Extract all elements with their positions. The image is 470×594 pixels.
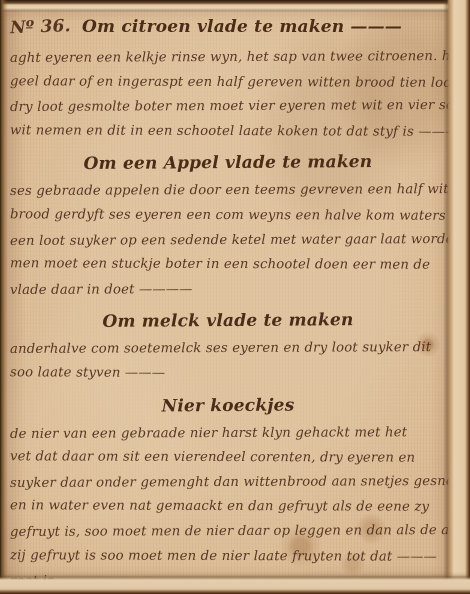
recipe-title-citroen-vlade: Om citroen vlade te maken ——— (82, 14, 402, 40)
manuscript-line: en in water even nat gemaackt en dan gef… (10, 495, 446, 521)
page-edge-left (0, 0, 8, 594)
manuscript-page: Nº 36. Om citroen vlade te maken ——— agh… (10, 12, 446, 594)
manuscript-line: een loot suyker op een sedende ketel met… (10, 228, 446, 254)
manuscript-line: soo laate styven ——— (10, 361, 446, 387)
manuscript-line: vet dat daar om sit een vierendeel coren… (10, 445, 446, 471)
manuscript-line: gefruyt is, soo moet men de nier daar op… (10, 519, 446, 545)
page-edge-bottom (0, 572, 470, 594)
recipe-title-nier-koeckjes: Nier koeckjes (10, 391, 446, 420)
manuscript-line: dry loot gesmolte boter men moet vier ey… (10, 94, 446, 120)
manuscript-line: suyker daar onder gemenght dan wittenbro… (10, 470, 446, 496)
page-edge-right (443, 0, 470, 594)
manuscript-line: aght eyeren een kelkje rinse wyn, het sa… (10, 45, 446, 71)
manuscript-photo: Nº 36. Om citroen vlade te maken ——— agh… (0, 0, 470, 594)
page-edge-top (0, 0, 470, 12)
recipe-citroen-vlade: aght eyeren een kelkje rinse wyn, het sa… (10, 46, 446, 144)
manuscript-line: anderhalve com soetemelck ses eyeren en … (10, 336, 446, 362)
recipe-melck-vlade: anderhalve com soetemelck ses eyeren en … (10, 337, 446, 386)
manuscript-line: zij gefruyt is soo moet men de nier laat… (10, 544, 446, 570)
recipe-title-melck-vlade: Om melck vlade te maken (10, 307, 446, 336)
manuscript-line: ses gebraade appelen die door een teems … (10, 178, 446, 204)
manuscript-line: wit nemen en dit in een schootel laate k… (10, 119, 446, 145)
manuscript-line: geel daar of en ingeraspt een half gerev… (10, 70, 446, 96)
manuscript-line: brood gerdyft ses eyeren een com weyns e… (10, 203, 446, 229)
manuscript-line: vlade daar in doet ———— (10, 277, 446, 303)
page-number: Nº 36. (10, 16, 83, 39)
page-header: Nº 36. Om citroen vlade te maken ——— (10, 14, 446, 40)
recipe-title-appel-vlade: Om een Appel vlade te maken (10, 149, 446, 178)
manuscript-line: de nier van een gebraade nier harst klyn… (10, 421, 446, 447)
recipe-nier-koeckjes: de nier van een gebraade nier harst klyn… (10, 422, 446, 594)
manuscript-line: men moet een stuckje boter in een schoot… (10, 252, 446, 278)
recipe-appel-vlade: ses gebraade appelen die door een teems … (10, 179, 446, 302)
